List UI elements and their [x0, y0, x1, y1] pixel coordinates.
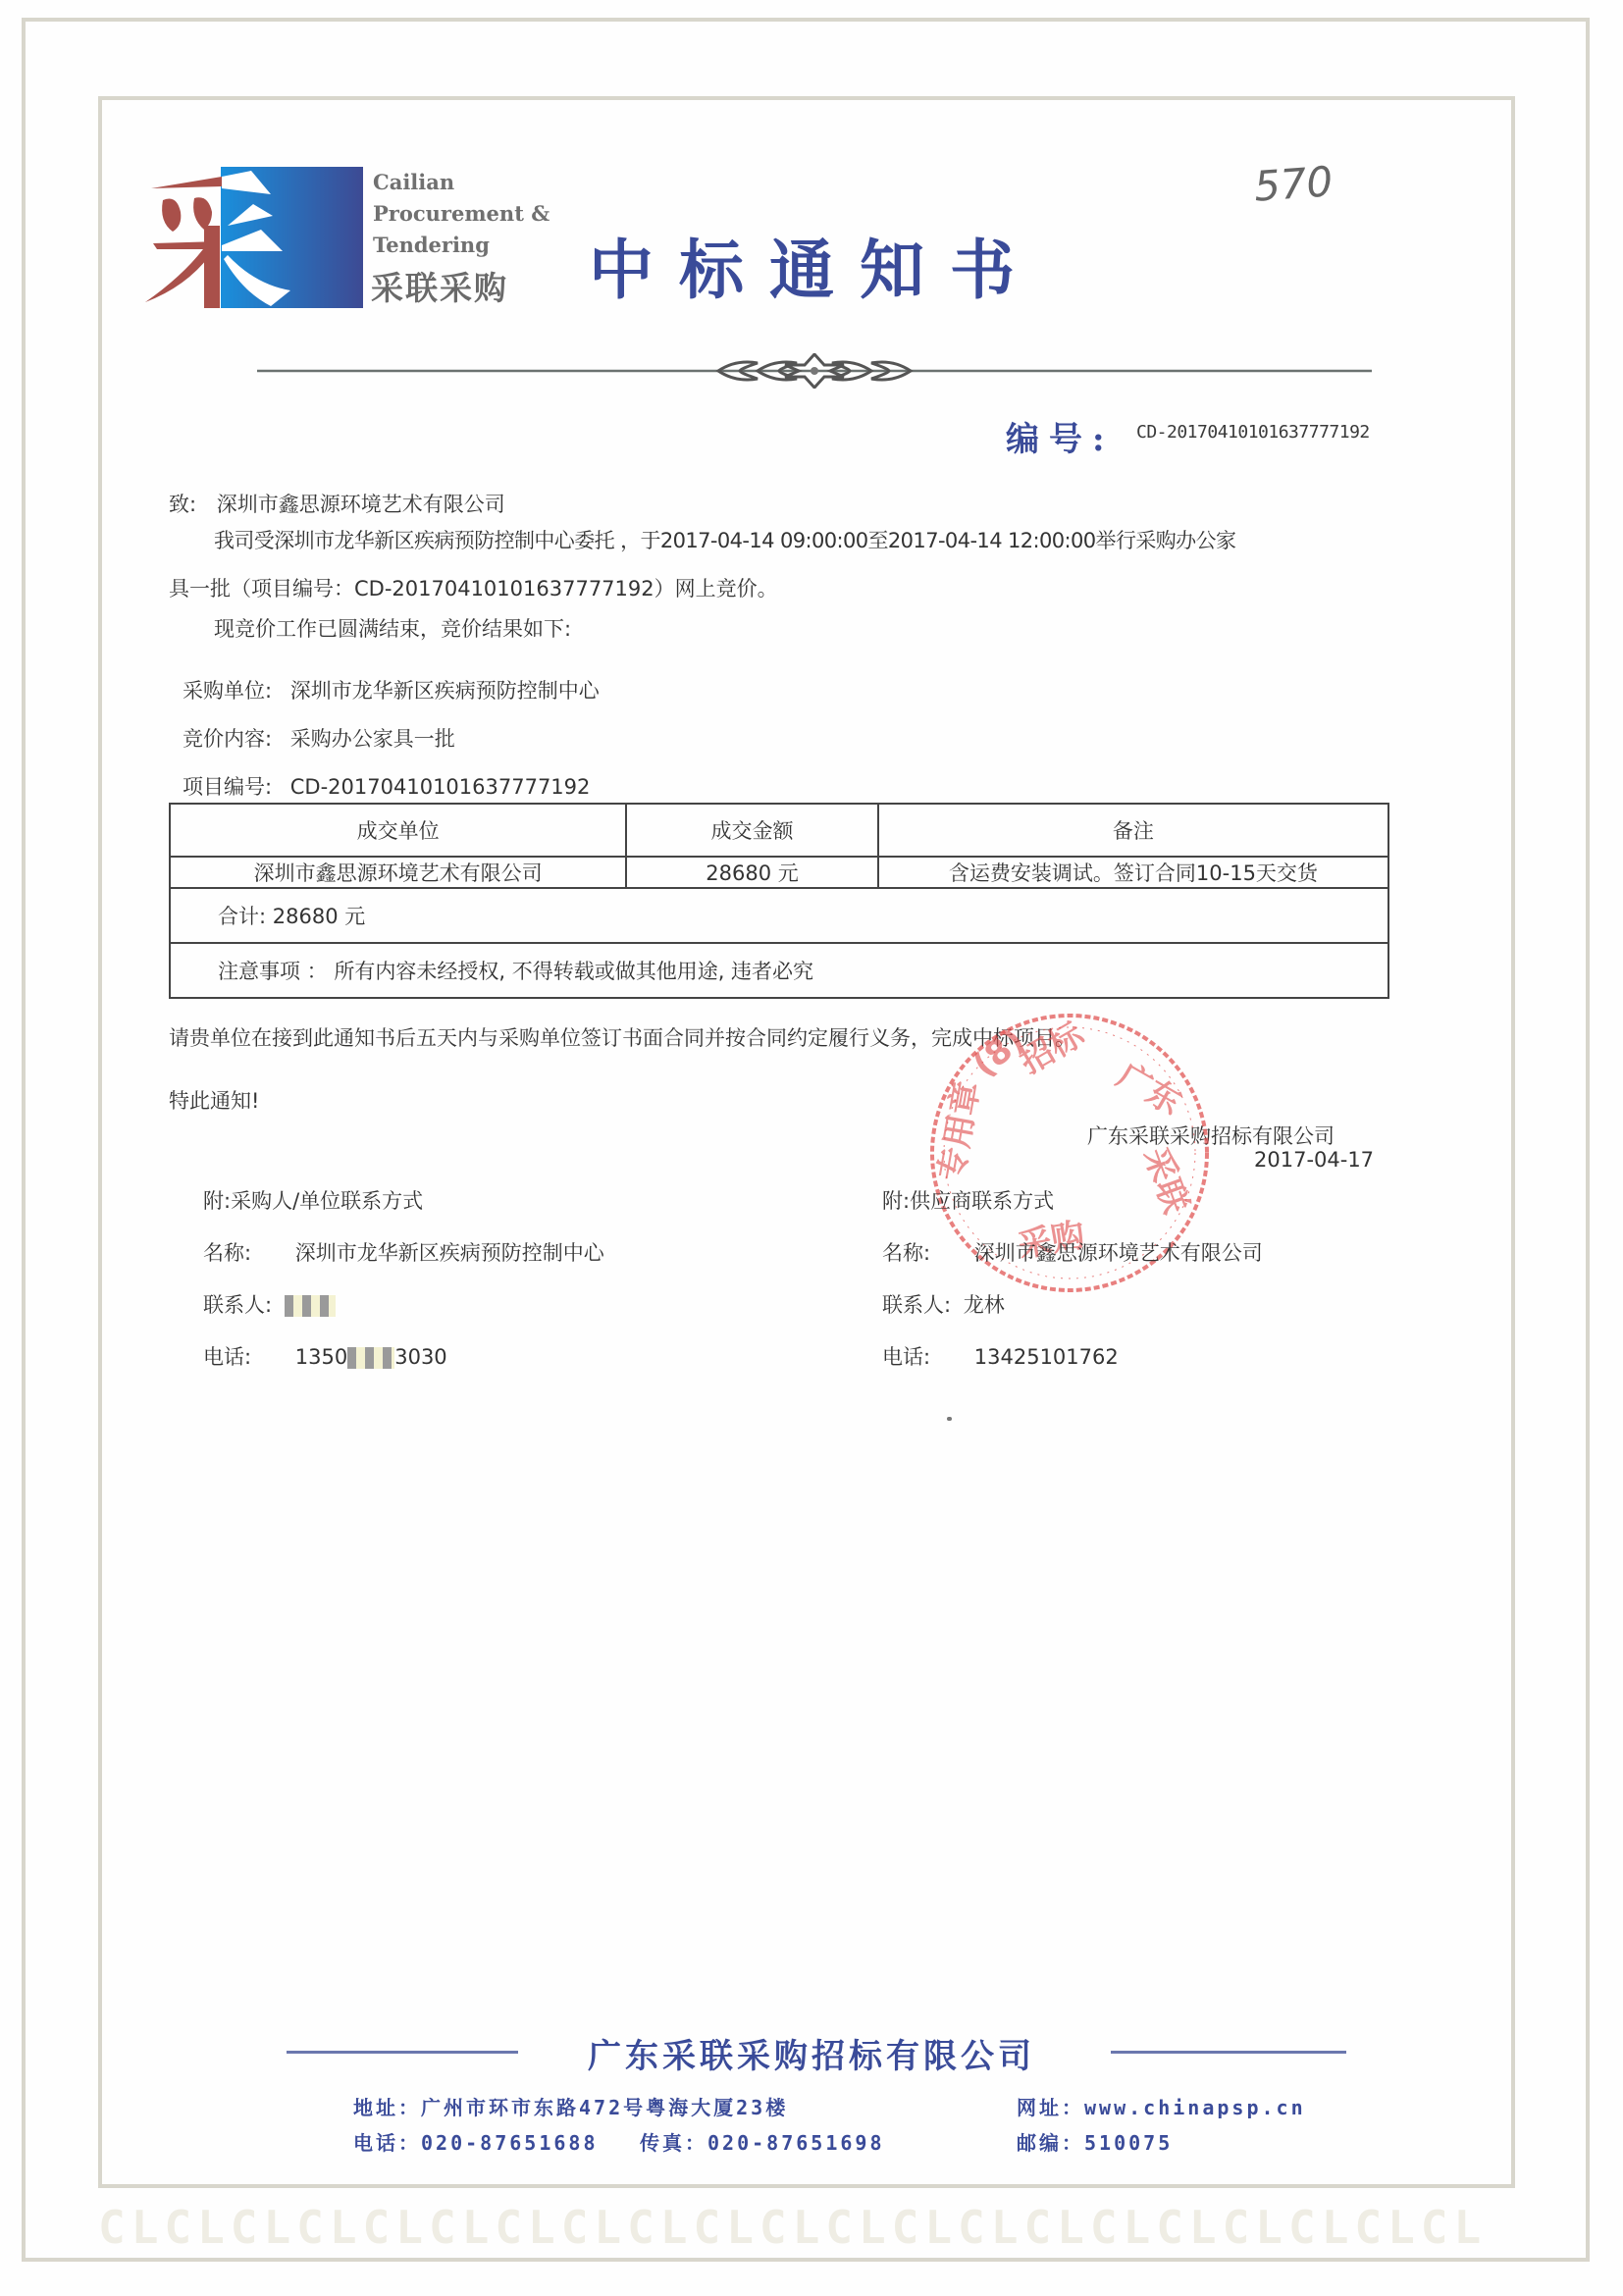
- amount-cell: 28680 元: [626, 857, 878, 888]
- table-row: 深圳市鑫思源环境艺术有限公司 28680 元 含运费安装调试。签订合同10-15…: [170, 857, 1388, 888]
- recipient-value: 深圳市鑫思源环境艺术有限公司: [217, 493, 505, 516]
- redacted-name-mosaic: [285, 1295, 336, 1317]
- supplier-phone-label: 电话:: [882, 1345, 930, 1369]
- buyer-name-label: 名称:: [203, 1241, 251, 1265]
- cailian-logo-icon: [145, 165, 366, 310]
- buyer-name-line: 名称: 深圳市龙华新区疾病预防控制中心: [203, 1237, 604, 1267]
- field-project-number: 项目编号: CD-20170410101637777192: [183, 771, 590, 801]
- supplier-contact-heading: 附:供应商联系方式: [882, 1185, 1054, 1215]
- watermark-band: CLCLCLCLCLCLCLCLCLCLCLCLCLCLCLCLCLCLCLCL…: [98, 2204, 1515, 2251]
- paragraph-2: 现竞价工作已圆满结束，竞价结果如下:: [214, 613, 571, 643]
- logo-name-en: Cailian Procurement & Tendering: [373, 167, 550, 261]
- buyer-person-line: 联系人:: [203, 1289, 336, 1319]
- salutation: 特此通知!: [169, 1085, 259, 1115]
- footer-postcode: 邮编：510075: [1017, 2127, 1173, 2156]
- redacted-phone-mosaic: [347, 1347, 394, 1369]
- supplier-person-value: 龙林: [964, 1293, 1005, 1317]
- total-cell: 合计: 28680 元: [170, 888, 1388, 943]
- supplier-phone-line: 电话: 13425101762: [882, 1341, 1119, 1371]
- field-label: 项目编号:: [183, 775, 272, 799]
- column-header: 成交金额: [626, 804, 878, 857]
- supplier-name-value: 深圳市鑫思源环境艺术有限公司: [974, 1241, 1263, 1265]
- footer-phone: 电话：020-87651688: [353, 2127, 599, 2156]
- result-table: 成交单位 成交金额 备注 深圳市鑫思源环境艺术有限公司 28680 元 含运费安…: [169, 803, 1389, 999]
- buyer-name-value: 深圳市龙华新区疾病预防控制中心: [295, 1241, 604, 1265]
- footer-address: 地址：广州市环市东路472号粤海大厦23楼: [353, 2092, 788, 2120]
- field-value: CD-20170410101637777192: [290, 775, 591, 799]
- serial-number-value: CD-20170410101637777192: [1136, 422, 1370, 443]
- field-value: 深圳市龙华新区疾病预防控制中心: [290, 679, 600, 703]
- paragraph-1-line-2: 具一批（项目编号：CD-20170410101637777192）网上竞价。: [169, 573, 778, 602]
- supplier-phone-value: 13425101762: [974, 1345, 1119, 1369]
- column-header: 备注: [878, 804, 1388, 857]
- svg-text:采联: 采联: [1136, 1142, 1196, 1219]
- field-value: 采购办公家具一批: [290, 727, 455, 751]
- supplier-person-label: 联系人:: [882, 1293, 951, 1317]
- svg-text:专用章: 专用章: [931, 1078, 987, 1183]
- page-title: 中标通知书: [589, 218, 1040, 311]
- recipient-label: 致:: [169, 493, 196, 516]
- handwritten-note: 570: [1252, 157, 1334, 210]
- column-header: 成交单位: [170, 804, 626, 857]
- buyer-person-label: 联系人:: [203, 1293, 272, 1317]
- paragraph-1-line-1: 我司受深圳市龙华新区疾病预防控制中心委托 ，于2017-04-14 09:00:…: [214, 525, 1235, 554]
- buyer-contact-heading: 附:采购人/单位联系方式: [203, 1185, 423, 1215]
- field-label: 竞价内容:: [183, 727, 272, 751]
- scan-speck: [947, 1417, 952, 1421]
- footer-fax: 传真：020-87651698: [640, 2127, 885, 2156]
- buyer-phone-line: 电话: 13503030: [203, 1341, 447, 1371]
- footer-company-name: 广东采联采购招标有限公司: [0, 2029, 1623, 2077]
- buyer-phone-label: 电话:: [203, 1345, 251, 1369]
- ornament-divider-icon: [257, 353, 1372, 389]
- footer-website: 网址：www.chinapsp.cn: [1017, 2092, 1306, 2120]
- winning-company-cell: 深圳市鑫思源环境艺术有限公司: [170, 857, 626, 888]
- total-row: 合计: 28680 元: [170, 888, 1388, 943]
- field-label: 采购单位:: [183, 679, 272, 703]
- field-bid-content: 竞价内容: 采购办公家具一批: [183, 723, 455, 753]
- buyer-phone-suffix: 3030: [394, 1345, 446, 1369]
- notice-row: 注意事项 ： 所有内容未经授权, 不得转载或做其他用途, 违者必究: [170, 943, 1388, 998]
- supplier-person-line: 联系人: 龙林: [882, 1289, 1005, 1319]
- field-buyer: 采购单位: 深圳市龙华新区疾病预防控制中心: [183, 675, 600, 704]
- supplier-name-label: 名称:: [882, 1241, 930, 1265]
- serial-number-label: 编号:: [1006, 412, 1115, 460]
- recipient-line: 致: 深圳市鑫思源环境艺术有限公司: [169, 489, 505, 518]
- notice-cell: 注意事项 ： 所有内容未经授权, 不得转载或做其他用途, 违者必究: [170, 943, 1388, 998]
- supplier-name-line: 名称: 深圳市鑫思源环境艺术有限公司: [882, 1237, 1263, 1267]
- logo-name-cn: 采联采购: [371, 263, 508, 309]
- table-header-row: 成交单位 成交金额 备注: [170, 804, 1388, 857]
- remarks-cell: 含运费安装调试。签订合同10-15天交货: [878, 857, 1388, 888]
- issue-date: 2017-04-17: [1254, 1148, 1374, 1172]
- buyer-phone-prefix: 1350: [295, 1345, 347, 1369]
